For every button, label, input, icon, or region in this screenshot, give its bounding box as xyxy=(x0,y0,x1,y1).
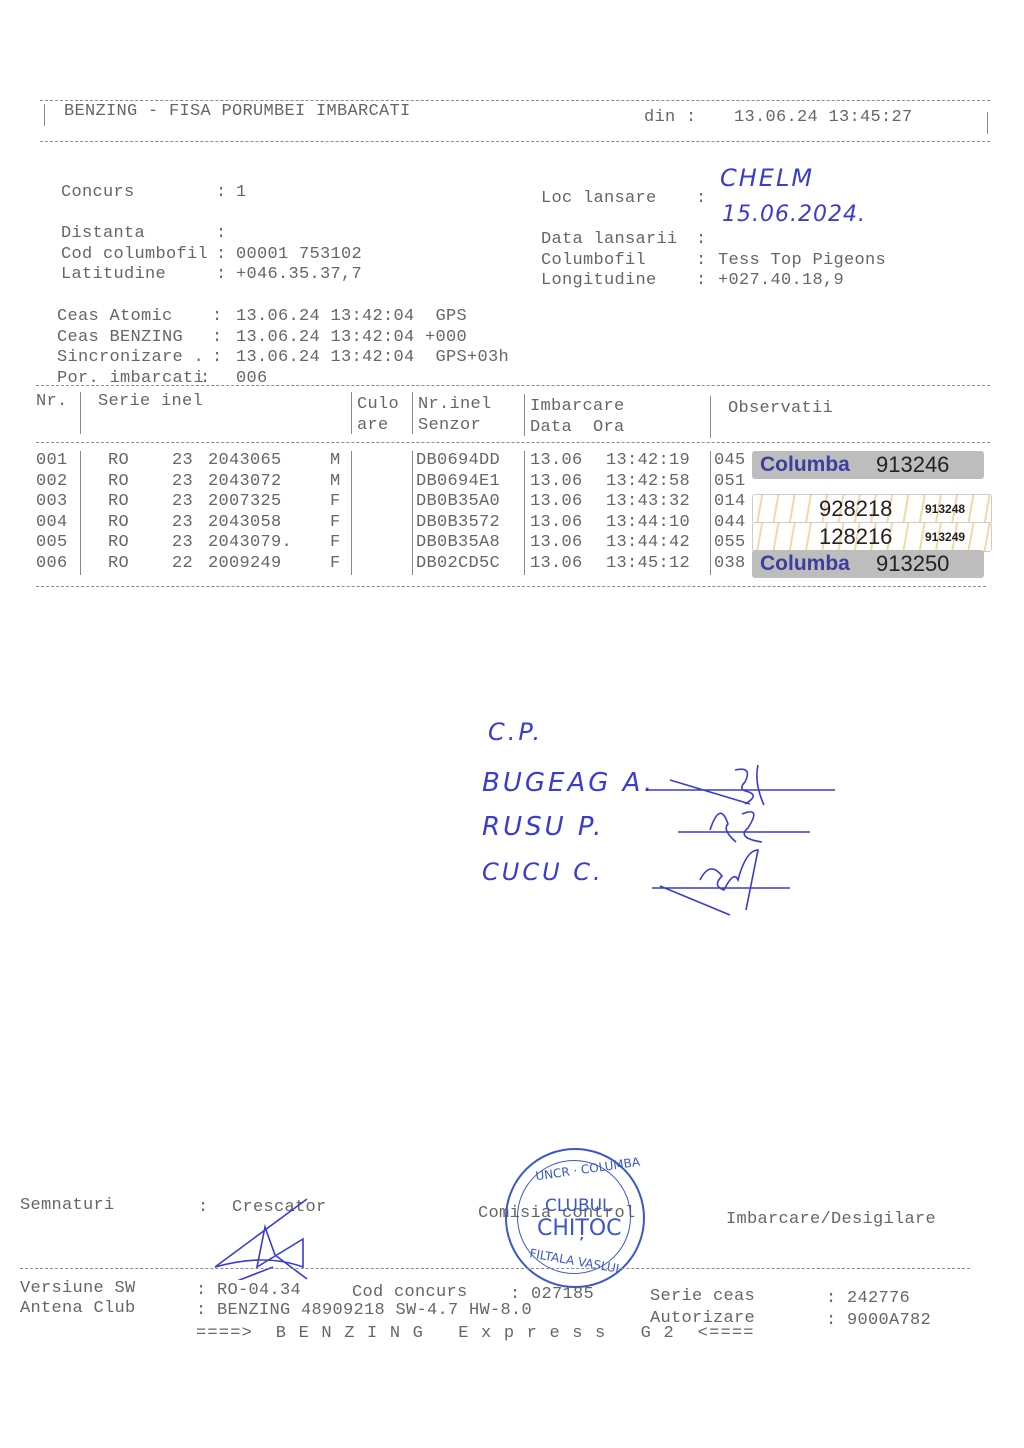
cell-nr: 006 xyxy=(36,554,68,573)
commission-title: C.P. xyxy=(488,718,543,746)
seal-brand: Columba xyxy=(760,552,850,576)
cell-ora: 13:45:12 xyxy=(606,554,690,573)
table-header-rule xyxy=(36,442,990,443)
cell-obs: 055 xyxy=(714,533,746,552)
cell-sex: M xyxy=(330,472,341,491)
cell-ora: 13:44:42 xyxy=(606,533,690,552)
document-title: BENZING - FISA PORUMBEI IMBARCATI xyxy=(64,102,411,121)
longitudine-value: +027.40.18,9 xyxy=(718,271,844,290)
cell-data: 13.06 xyxy=(530,472,583,491)
cell-nr: 005 xyxy=(36,533,68,552)
stamp-middle-1: CLUBUL xyxy=(545,1196,612,1216)
cell-inel: 2009249 xyxy=(208,554,282,573)
cell-data: 13.06 xyxy=(530,533,583,552)
cell-inel: 2043079. xyxy=(208,533,292,552)
cell-an: 23 xyxy=(172,513,193,532)
seal-sticker: 128216913249 xyxy=(752,522,992,552)
cell-sex: F xyxy=(330,492,341,511)
stamp-top-text: UNCR · COLUMBA xyxy=(535,1155,641,1184)
cell-sex: F xyxy=(330,554,341,573)
cell-an: 23 xyxy=(172,492,193,511)
seal-brand: Columba xyxy=(760,453,850,477)
header-top-rule xyxy=(40,100,990,101)
versiune-value: : RO-04.34 xyxy=(196,1281,301,1300)
cell-senzor: DB0B35A0 xyxy=(416,492,500,511)
cell-data: 13.06 xyxy=(530,513,583,532)
col-serie-inel: Serie inel xyxy=(98,392,203,411)
semnaturi-label: Semnaturi xyxy=(20,1196,115,1215)
cell-inel: 2007325 xyxy=(208,492,282,511)
col-senzor-1: Nr.inel xyxy=(418,395,492,414)
col-nr: Nr. xyxy=(36,392,68,411)
cell-tara: RO xyxy=(108,492,129,511)
signatures-scribbles xyxy=(640,760,840,920)
commission-member-2: RUSU P. xyxy=(482,812,604,842)
table-top-rule xyxy=(36,385,990,386)
seal-sticker: Columba913250 xyxy=(752,550,984,578)
cell-an: 23 xyxy=(172,533,193,552)
table-bottom-rule xyxy=(36,586,986,587)
stamp-middle-2: CHIȚOC xyxy=(537,1216,622,1241)
antena-label: Antena Club xyxy=(20,1299,136,1318)
cell-an: 22 xyxy=(172,554,193,573)
stamp-bottom-text: FILTALA VASLUI xyxy=(528,1246,620,1276)
cell-tara: RO xyxy=(108,554,129,573)
cell-obs: 051 xyxy=(714,472,746,491)
seal-small-number: 913248 xyxy=(925,502,965,516)
seal-small-number: 913249 xyxy=(925,530,965,544)
cell-data: 13.06 xyxy=(530,451,583,470)
benzing-banner: ====> B E N Z I N G E x p r e s s G 2 <=… xyxy=(196,1324,755,1343)
cell-senzor: DB02CD5C xyxy=(416,554,500,573)
concurs-value: 1 xyxy=(236,183,247,202)
col-observatii: Observatii xyxy=(728,399,833,418)
antena-value: : BENZING 48909218 SW-4.7 HW-8.0 xyxy=(196,1301,532,1320)
serie-ceas-label: Serie ceas xyxy=(650,1287,755,1306)
cell-nr: 003 xyxy=(36,492,68,511)
cell-obs: 045 xyxy=(714,451,746,470)
cell-obs: 044 xyxy=(714,513,746,532)
seal-number: 913250 xyxy=(876,551,949,577)
cell-nr: 002 xyxy=(36,472,68,491)
cell-an: 23 xyxy=(172,472,193,491)
seal-number: 128216 xyxy=(819,524,892,550)
cell-ora: 13:42:58 xyxy=(606,472,690,491)
loc-lansare-handwritten: CHELM xyxy=(720,164,814,192)
footer-rule xyxy=(20,1268,970,1269)
commission-member-3: CUCU C. xyxy=(482,858,604,886)
cell-data: 13.06 xyxy=(530,554,583,573)
seal-number: 928218 xyxy=(819,496,892,522)
header-right-bar xyxy=(987,112,988,134)
imbarcare-desigilare-label: Imbarcare/Desigilare xyxy=(726,1210,936,1229)
col-senzor-2: Senzor xyxy=(418,416,481,435)
commission-member-1: BUGEAG A. xyxy=(482,768,655,798)
cell-senzor: DB0694E1 xyxy=(416,472,500,491)
club-stamp: UNCR · COLUMBA CLUBUL CHIȚOC FILTALA VAS… xyxy=(505,1148,645,1288)
cell-inel: 2043065 xyxy=(208,451,282,470)
cell-nr: 004 xyxy=(36,513,68,532)
cell-tara: RO xyxy=(108,472,129,491)
cell-nr: 001 xyxy=(36,451,68,470)
cod-columbofil-value: 00001 753102 xyxy=(236,245,362,264)
info-longitudine: Longitudine:+027.40.18,9 xyxy=(520,252,657,290)
din-value: 13.06.24 13:45:27 xyxy=(734,108,913,127)
cod-concurs-label: Cod concurs xyxy=(352,1283,468,1302)
cell-data: 13.06 xyxy=(530,492,583,511)
cell-sex: F xyxy=(330,533,341,552)
signature-icon xyxy=(648,765,835,915)
cell-sex: F xyxy=(330,513,341,532)
cell-ora: 13:43:32 xyxy=(606,492,690,511)
col-imbarcare-1: Imbarcare xyxy=(530,397,625,416)
data-lansarii-handwritten: 15.06.2024. xyxy=(722,202,866,227)
cell-obs: 014 xyxy=(714,492,746,511)
col-imbarcare-2: Data Ora xyxy=(530,418,625,437)
cell-an: 23 xyxy=(172,451,193,470)
seal-sticker: 928218913248 xyxy=(752,494,992,524)
columbofil-value: Tess Top Pigeons xyxy=(718,251,886,270)
cell-tara: RO xyxy=(108,513,129,532)
cell-senzor: DB0694DD xyxy=(416,451,500,470)
info-loc-lansare: Loc lansare: xyxy=(520,170,657,208)
cell-tara: RO xyxy=(108,451,129,470)
cell-tara: RO xyxy=(108,533,129,552)
info-concurs: Concurs:1 xyxy=(40,164,135,202)
din-label: din : xyxy=(644,108,697,127)
col-culoare-2: are xyxy=(357,416,389,435)
concurs-label: Concurs xyxy=(61,183,135,202)
header-left-bar xyxy=(44,104,45,126)
cell-ora: 13:44:10 xyxy=(606,513,690,532)
cell-obs: 038 xyxy=(714,554,746,573)
seal-number: 913246 xyxy=(876,452,949,478)
autorizare-value: : 9000A782 xyxy=(826,1311,931,1330)
cell-inel: 2043072 xyxy=(208,472,282,491)
header-bottom-rule xyxy=(40,141,990,142)
cell-ora: 13:42:19 xyxy=(606,451,690,470)
seal-sticker: Columba913246 xyxy=(752,451,984,479)
cell-sex: M xyxy=(330,451,341,470)
versiune-label: Versiune SW xyxy=(20,1279,136,1298)
serie-ceas-value: : 242776 xyxy=(826,1289,910,1308)
info-latitudine: Latitudine:+046.35.37,7 xyxy=(40,246,166,284)
cell-senzor: DB0B3572 xyxy=(416,513,500,532)
latitudine-value: +046.35.37,7 xyxy=(236,265,362,284)
por-imbarcati: Por. imbarcati:006 xyxy=(36,350,204,388)
cell-senzor: DB0B35A8 xyxy=(416,533,500,552)
col-culoare-1: Culo xyxy=(357,395,399,414)
cell-inel: 2043058 xyxy=(208,513,282,532)
